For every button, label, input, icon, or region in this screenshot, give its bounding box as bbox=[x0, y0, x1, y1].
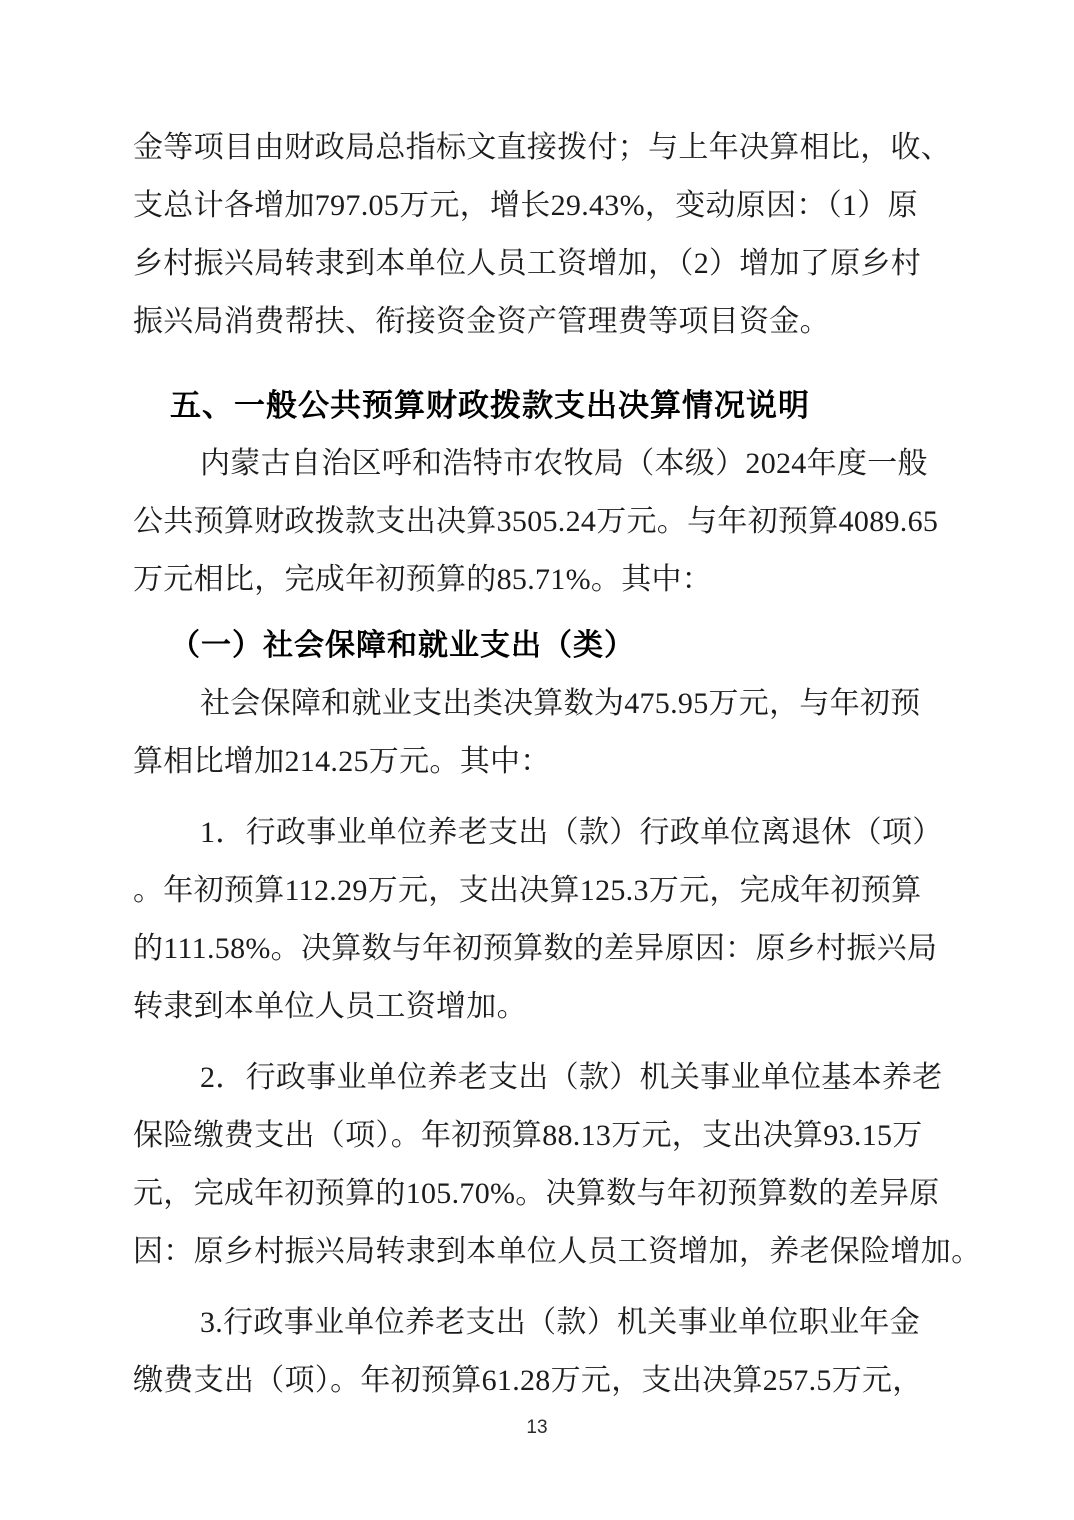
text-line: 公共预算财政拨款支出决算3505.24万元。与年初预算4089.65 bbox=[133, 493, 951, 551]
text-line: 保险缴费支出（项）。年初预算88.13万元，支出决算93.15万 bbox=[133, 1107, 951, 1165]
text-line: 元，完成年初预算的105.70%。决算数与年初预算数的差异原 bbox=[133, 1165, 951, 1223]
text-line: 2．行政事业单位养老支出（款）机关事业单位基本养老 bbox=[133, 1049, 951, 1107]
text-line: 支总计各增加797.05万元，增长29.43%，变动原因：（1）原 bbox=[133, 177, 951, 235]
text-line: 万元相比，完成年初预算的85.71%。其中： bbox=[133, 551, 951, 609]
text-line: （一）社会保障和就业支出（类） bbox=[133, 617, 951, 675]
para-item-1-admin-unit-retirement: 1．行政事业单位养老支出（款）行政单位离退休（项）。年初预算112.29万元，支… bbox=[133, 804, 951, 1036]
text-line: 乡村振兴局转隶到本单位人员工资增加，（2）增加了原乡村 bbox=[133, 235, 951, 293]
text-line: 转隶到本单位人员工资增加。 bbox=[133, 978, 951, 1036]
text-line: 因：原乡村振兴局转隶到本单位人员工资增加，养老保险增加。 bbox=[133, 1223, 951, 1281]
text-line: 算相比增加214.25万元。其中： bbox=[133, 733, 951, 791]
para-social-security-total: 社会保障和就业支出类决算数为475.95万元，与年初预算相比增加214.25万元… bbox=[133, 675, 951, 791]
para-item-2-basic-pension-contribution: 2．行政事业单位养老支出（款）机关事业单位基本养老保险缴费支出（项）。年初预算8… bbox=[133, 1049, 951, 1281]
page-number: 13 bbox=[0, 1416, 1074, 1440]
text-line: 1．行政事业单位养老支出（款）行政单位离退休（项） bbox=[133, 804, 951, 862]
heading-section-five-budget-expenditure: 五、一般公共预算财政拨款支出决算情况说明 bbox=[133, 377, 951, 435]
document-page: 金等项目由财政局总指标文直接拨付；与上年决算相比，收、支总计各增加797.05万… bbox=[0, 0, 1074, 1520]
text-line: 缴费支出（项）。年初预算61.28万元，支出决算257.5万元， bbox=[133, 1352, 951, 1410]
text-line: 。年初预算112.29万元，支出决算125.3万元，完成年初预算 bbox=[133, 862, 951, 920]
text-line: 内蒙古自治区呼和浩特市农牧局（本级）2024年度一般 bbox=[133, 435, 951, 493]
para-general-budget-expenditure-total: 内蒙古自治区呼和浩特市农牧局（本级）2024年度一般公共预算财政拨款支出决算35… bbox=[133, 435, 951, 609]
text-line: 振兴局消费帮扶、衔接资金资产管理费等项目资金。 bbox=[133, 293, 951, 351]
text-line: 社会保障和就业支出类决算数为475.95万元，与年初预 bbox=[133, 675, 951, 733]
text-line: 金等项目由财政局总指标文直接拨付；与上年决算相比，收、 bbox=[133, 119, 951, 177]
document-body: 金等项目由财政局总指标文直接拨付；与上年决算相比，收、支总计各增加797.05万… bbox=[133, 119, 951, 1410]
para-prior-year-comparison: 金等项目由财政局总指标文直接拨付；与上年决算相比，收、支总计各增加797.05万… bbox=[133, 119, 951, 351]
text-line: 3.行政事业单位养老支出（款）机关事业单位职业年金 bbox=[133, 1294, 951, 1352]
para-item-3-occupational-annuity-contribution: 3.行政事业单位养老支出（款）机关事业单位职业年金缴费支出（项）。年初预算61.… bbox=[133, 1294, 951, 1410]
text-line: 的111.58%。决算数与年初预算数的差异原因：原乡村振兴局 bbox=[133, 920, 951, 978]
text-line: 五、一般公共预算财政拨款支出决算情况说明 bbox=[133, 377, 951, 435]
heading-social-security-employment-expenditure: （一）社会保障和就业支出（类） bbox=[133, 617, 951, 675]
